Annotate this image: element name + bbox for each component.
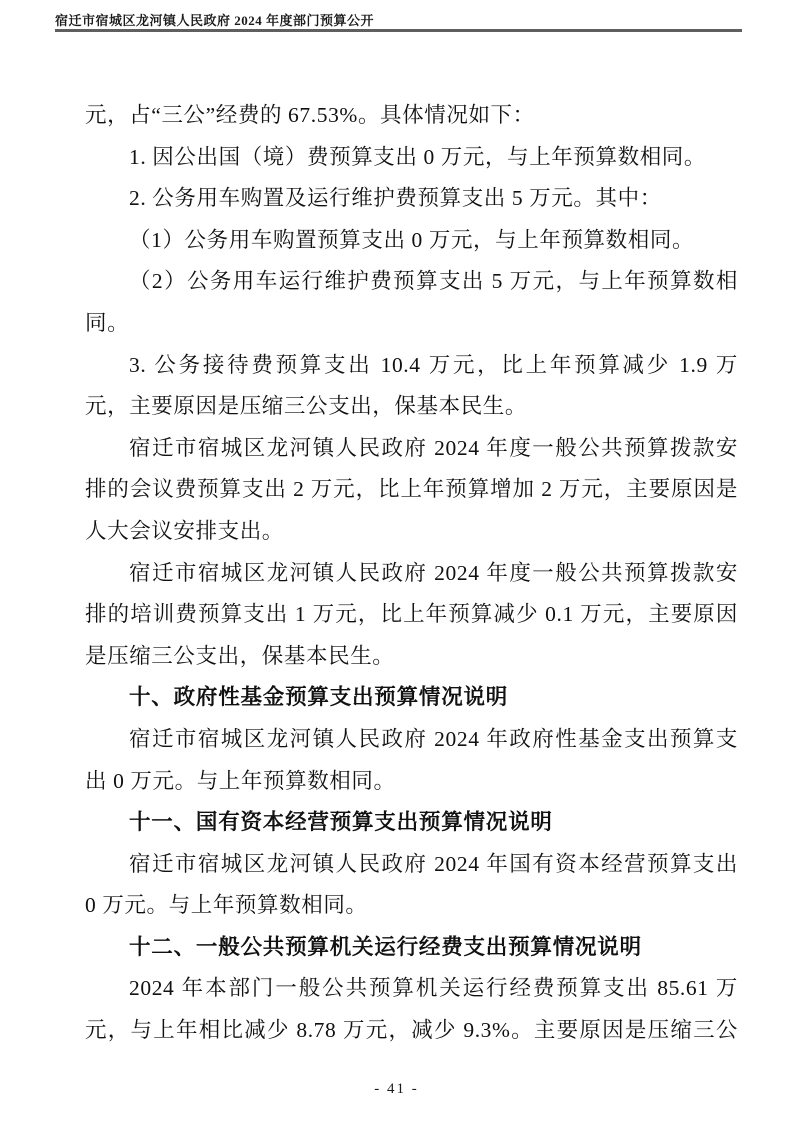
page-footer: - 41 - — [0, 1080, 793, 1098]
section-heading: 十一、国有资本经营预算支出预算情况说明 — [85, 802, 738, 844]
page-number: - 41 - — [374, 1081, 419, 1098]
text-line: 0 万元。与上年预算数相同。 — [85, 885, 738, 927]
document-page: 宿迁市宿城区龙河镇人民政府 2024 年度部门预算公开 元，占“三公”经费的 6… — [0, 0, 793, 1122]
text-line: 元，主要原因是压缩三公支出，保基本民生。 — [85, 386, 738, 428]
text-line: 2024 年本部门一般公共预算机关运行经费预算支出 85.61 万 — [85, 968, 738, 1010]
text-line: 2. 公务用车购置及运行维护费预算支出 5 万元。其中： — [85, 178, 738, 220]
section-heading: 十二、一般公共预算机关运行经费支出预算情况说明 — [85, 927, 738, 969]
text-line: 元，占“三公”经费的 67.53%。具体情况如下： — [85, 95, 738, 137]
text-line: 3. 公务接待费预算支出 10.4 万元，比上年预算减少 1.9 万 — [85, 345, 738, 387]
header-rule — [55, 29, 742, 32]
document-body: 元，占“三公”经费的 67.53%。具体情况如下：1. 因公出国（境）费预算支出… — [85, 95, 738, 1052]
text-line: 是压缩三公支出，保基本民生。 — [85, 636, 738, 678]
text-line: 人大会议安排支出。 — [85, 511, 738, 553]
text-line: 出 0 万元。与上年预算数相同。 — [85, 761, 738, 803]
section-heading: 十、政府性基金预算支出预算情况说明 — [85, 677, 738, 719]
text-line: 宿迁市宿城区龙河镇人民政府 2024 年度一般公共预算拨款安 — [85, 553, 738, 595]
text-line: 元，与上年相比减少 8.78 万元，减少 9.3%。主要原因是压缩三公 — [85, 1010, 738, 1052]
text-line: （2）公务用车运行维护费预算支出 5 万元，与上年预算数相 — [85, 261, 738, 303]
text-line: 宿迁市宿城区龙河镇人民政府 2024 年国有资本经营预算支出 — [85, 844, 738, 886]
text-line: 排的会议费预算支出 2 万元，比上年预算增加 2 万元，主要原因是 — [85, 469, 738, 511]
text-line: 宿迁市宿城区龙河镇人民政府 2024 年政府性基金支出预算支 — [85, 719, 738, 761]
text-line: 排的培训费预算支出 1 万元，比上年预算减少 0.1 万元，主要原因 — [85, 594, 738, 636]
text-line: 同。 — [85, 303, 738, 345]
text-line: （1）公务用车购置预算支出 0 万元，与上年预算数相同。 — [85, 220, 738, 262]
text-line: 宿迁市宿城区龙河镇人民政府 2024 年度一般公共预算拨款安 — [85, 428, 738, 470]
text-line: 1. 因公出国（境）费预算支出 0 万元，与上年预算数相同。 — [85, 137, 738, 179]
page-header-title: 宿迁市宿城区龙河镇人民政府 2024 年度部门预算公开 — [55, 10, 374, 29]
